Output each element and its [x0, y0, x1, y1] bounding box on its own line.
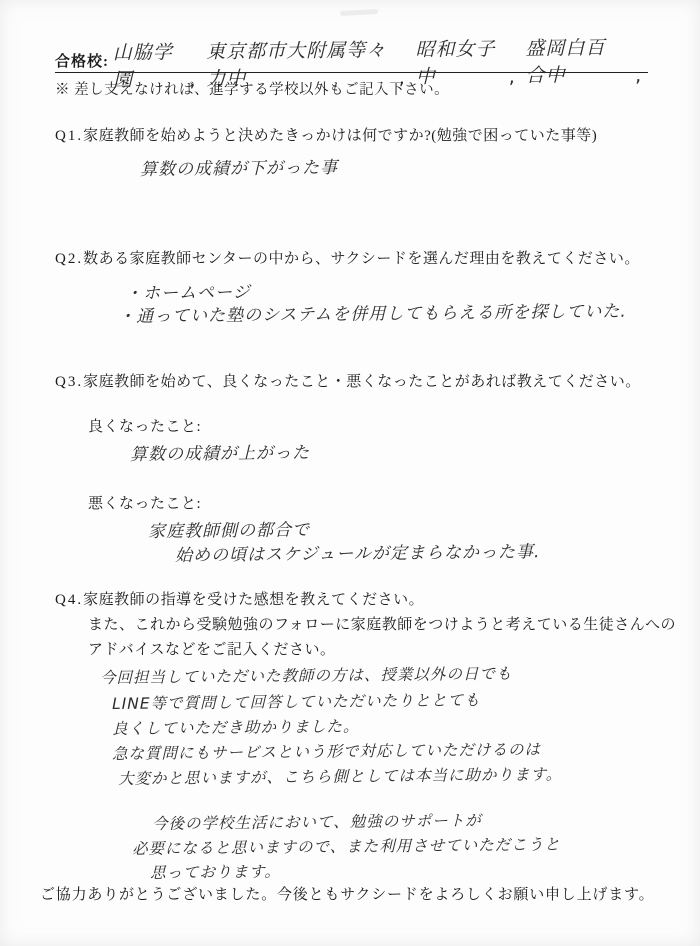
scanned-survey-page: 合格校: 山脇学園 , 東京都市大附属等々力中 , 昭和女子中 , 盛岡白百合中…	[0, 0, 700, 946]
q2-answer-line: ・通っていた塾のシステムを併用してもらえる所を探していた.	[118, 297, 627, 327]
q3-bad-label: 悪くなったこと:	[88, 492, 201, 513]
question-q3: Q3.家庭教師を始めて、良くなったこと・悪くなったことがあれば教えてください。	[55, 370, 641, 391]
q1-answer-handwritten: 算数の成績が下がった事	[140, 153, 338, 180]
q4-answer-line: 今回担当していただいた教師の方は、授業以外の日でも	[100, 662, 513, 688]
q1-number: Q1.	[55, 128, 83, 144]
q2-text: 数ある家庭教師センターの中から、サクシードを選んだ理由を教えてください。	[83, 251, 640, 267]
q3-good-label: 良くなったこと:	[88, 415, 201, 436]
q4-answer-line: 必要になると思いますので、また利用させていただこうと	[132, 833, 561, 859]
q4-text-line: アドバイスなどをご記入ください。	[88, 638, 336, 659]
q2-number: Q2.	[55, 251, 83, 267]
q4-answer-line: 良くしていただき助かりました。	[112, 714, 360, 739]
footer-thanks-text: ご協力ありがとうございました。今後ともサクシードをよろしくお願い申し上げます。	[40, 883, 654, 904]
q4-answer-line: 思っております。	[150, 860, 281, 883]
q4-answer-line: 今後の学校生活において、勉強のサポートが	[152, 809, 482, 834]
q3-bad-answer-line: 家庭教師側の都合で	[148, 515, 310, 542]
header-note: ※ 差し支えなければ、進学する学校以外もご記入下さい。	[55, 78, 449, 99]
q3-text: 家庭教師を始めて、良くなったこと・悪くなったことがあれば教えてください。	[83, 374, 641, 390]
question-q4: Q4.家庭教師の指導を受けた感想を教えてください。	[55, 588, 424, 609]
q4-answer-line: 大変かと思いますが、こちら側としては本当に助かります。	[118, 762, 562, 789]
question-q2: Q2.数ある家庭教師センターの中から、サクシードを選んだ理由を教えてください。	[55, 247, 640, 268]
accepted-schools-label: 合格校:	[55, 50, 109, 71]
q3-bad-answer-line: 始めの頃はスケジュールが定まらなかった事.	[175, 537, 541, 566]
q3-good-answer-handwritten: 算数の成績が上がった	[130, 438, 310, 465]
q4-answer-line: LINE等で質問して回答していただいたりととても	[112, 688, 481, 714]
school-name: 盛岡白百合中	[525, 33, 625, 88]
q1-text: 家庭教師を始めようと決めたきっかけは何ですか?(勉強で困っていた事等)	[83, 128, 597, 144]
q4-text-line: 家庭教師の指導を受けた感想を教えてください。	[83, 592, 424, 608]
q3-number: Q3.	[55, 374, 83, 390]
q4-number: Q4.	[55, 592, 83, 608]
q4-text-line: また、これから受験勉強のフォローに家庭教師をつけようと考えている生徒さんへの	[88, 613, 676, 634]
scan-smudge	[340, 9, 378, 16]
school-separator: ,	[509, 66, 516, 88]
question-q1: Q1.家庭教師を始めようと決めたきっかけは何ですか?(勉強で困っていた事等)	[55, 124, 597, 145]
school-separator: ,	[635, 64, 642, 86]
q4-answer-line: 急な質問にもサービスという形で対応していただけるのは	[112, 738, 541, 764]
accepted-schools-line: 合格校: 山脇学園 , 東京都市大附属等々力中 , 昭和女子中 , 盛岡白百合中…	[55, 44, 648, 73]
